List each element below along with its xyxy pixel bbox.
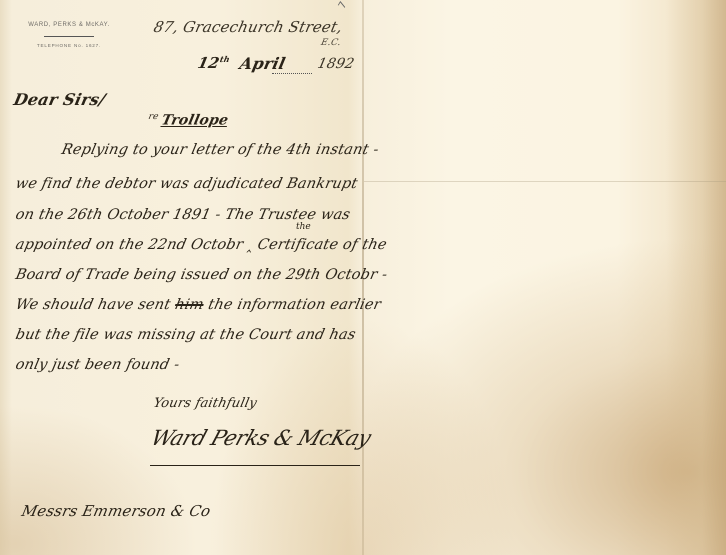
body-line-2: we find the debtor was adjudicated Bankr…	[14, 176, 359, 192]
closing: Yours faithfully	[152, 396, 258, 411]
sender-address-street: 87, Gracechurch Street,	[152, 18, 344, 36]
inserted-word: the	[296, 222, 311, 232]
date-year: 1892	[316, 56, 356, 72]
body-line-6-start: We should have sent	[14, 297, 172, 313]
insertion-caret: ‸	[246, 237, 255, 253]
addressee: Messrs Emmerson & Co	[20, 502, 212, 520]
signature: Ward Perks & McKay	[148, 426, 374, 450]
body-line-4-end: Certificate of the	[256, 237, 388, 253]
date-day-suffix: th	[219, 54, 231, 64]
letterhead-telephone: TELEPHONE No. 1627.	[14, 43, 124, 48]
date-day: 12th	[196, 54, 231, 72]
page-fold-horizontal	[364, 181, 726, 182]
date-day-number: 12	[196, 54, 221, 72]
letterhead-rule	[44, 36, 94, 37]
signature-underline	[150, 465, 360, 466]
body-line-6-end: the information earlier	[207, 297, 383, 313]
printed-letterhead: WARD, PERKS & McKAY. TELEPHONE No. 1627.	[14, 22, 124, 48]
reference-line: reTrollope	[146, 112, 230, 129]
body-line-4: appointed on the 22nd Octobr ‸ Certifica…	[14, 237, 388, 253]
salutation: Dear Sirs/	[12, 90, 107, 109]
date-dotted-leader	[272, 73, 312, 74]
letter-scan: WARD, PERKS & McKAY. TELEPHONE No. 1627.…	[0, 0, 726, 555]
body-line-3: on the 26th October 1891 - The Trustee w…	[14, 207, 352, 223]
date-month: April	[238, 54, 287, 73]
body-line-7: but the file was missing at the Court an…	[14, 327, 357, 343]
body-line-1: Replying to your letter of the 4th insta…	[60, 142, 380, 158]
paper-edge-stain-left	[0, 0, 12, 555]
body-line-6: We should have sent him the information …	[14, 297, 382, 313]
sender-address-district: E.C.	[320, 38, 342, 48]
paper-edge-stain-right	[666, 0, 726, 555]
reference-prefix: re	[147, 112, 159, 122]
reference-subject: Trollope	[160, 113, 230, 129]
body-line-5: Board of Trade being issued on the 29th …	[14, 267, 389, 283]
body-line-4-start: appointed on the 22nd Octobr	[14, 237, 245, 253]
body-line-8: only just been found -	[14, 357, 181, 373]
letterhead-firm-name: WARD, PERKS & McKAY.	[14, 22, 124, 28]
archive-corner-mark: 7	[337, 0, 350, 11]
struck-through-word: him	[173, 297, 205, 313]
